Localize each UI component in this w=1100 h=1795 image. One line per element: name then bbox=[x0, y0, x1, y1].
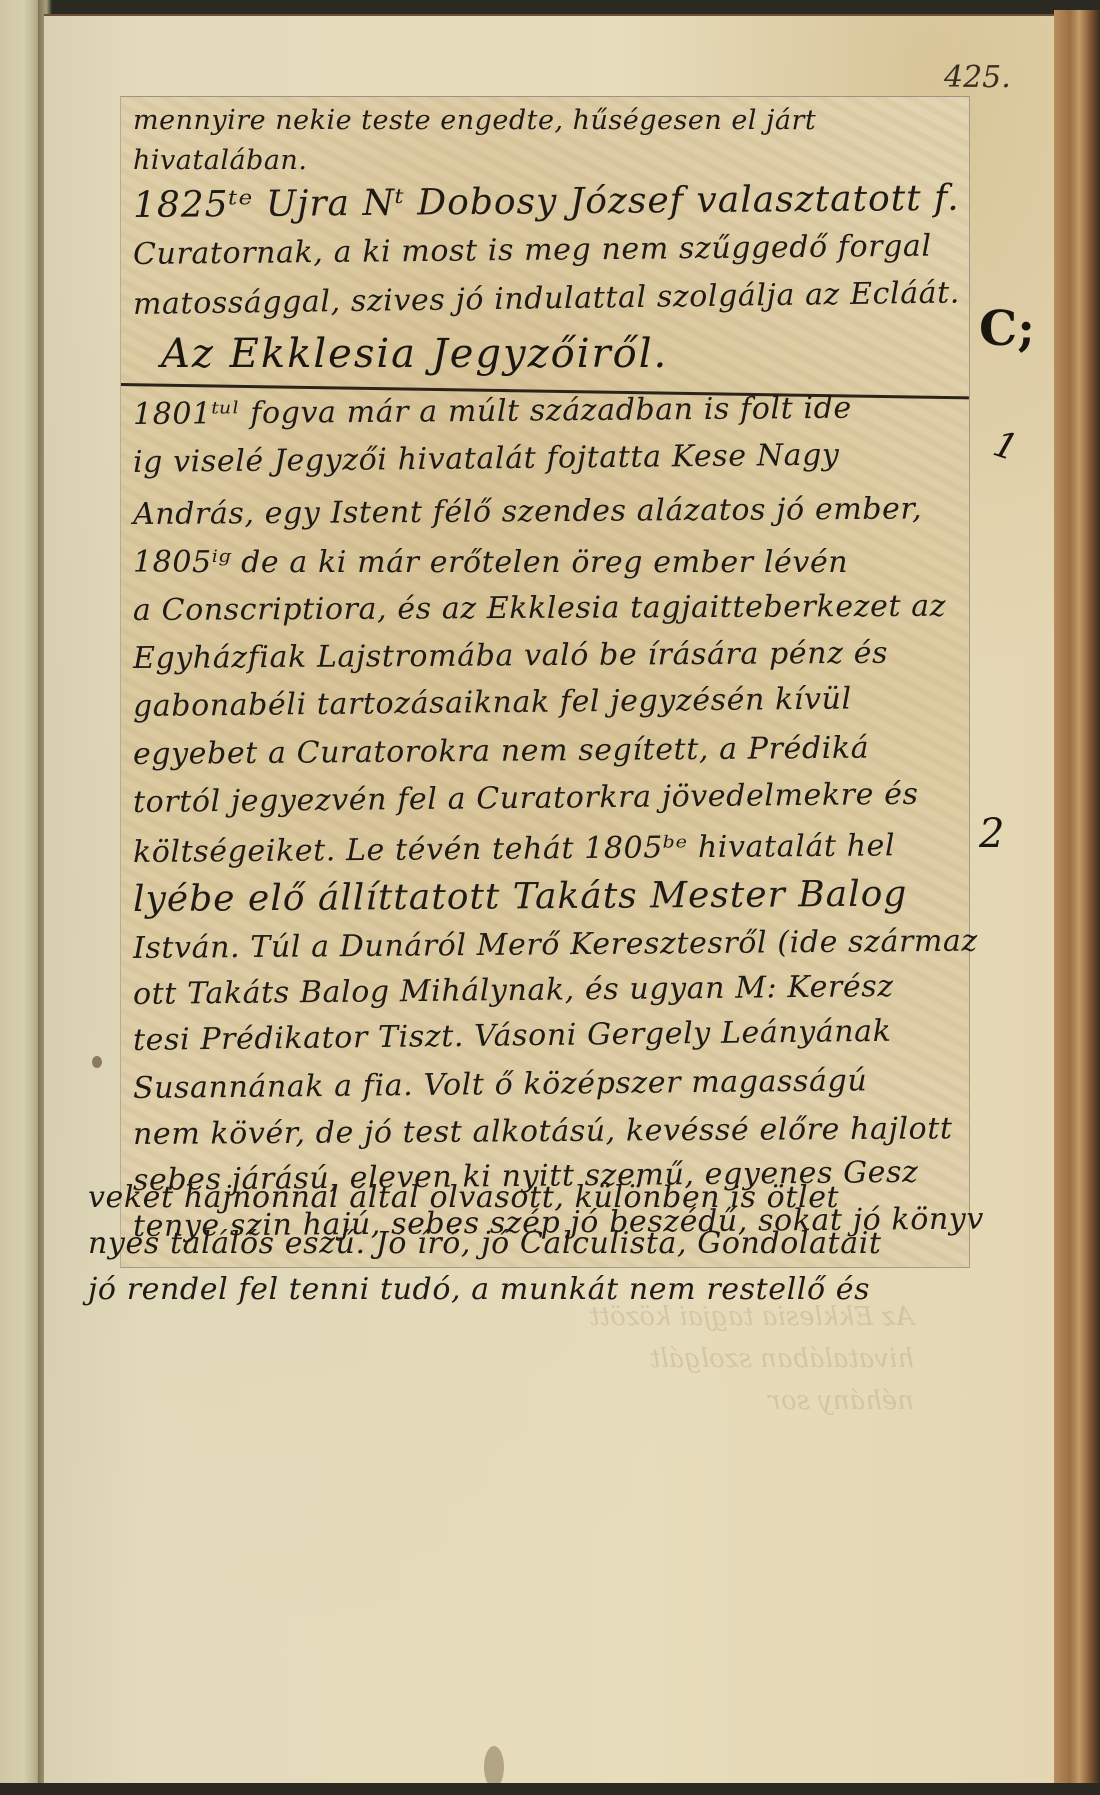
body-line: egyebet a Curatorokra nem segített, a Pr… bbox=[133, 731, 869, 772]
section-heading: Az Ekklesia Jegyzőiről. bbox=[161, 331, 668, 377]
body-line: nyes találós eszű. Jó író, jó Calculista… bbox=[88, 1226, 882, 1261]
body-line: gabonabéli tartozásaiknak fel jegyzésén … bbox=[133, 681, 852, 724]
pasted-text-slip: mennyire nekie teste engedte, hűségesen … bbox=[120, 96, 970, 1268]
book-fore-edge bbox=[1054, 10, 1100, 1790]
bleed-through-text: Az Ekklesia tagjai között hivatalában sz… bbox=[134, 1296, 914, 1422]
body-line: István. Túl a Dunáról Merő Keresztesről … bbox=[133, 924, 978, 966]
ink-blot bbox=[92, 1056, 102, 1068]
body-line: ott Takáts Balog Mihálynak, és ugyan M: … bbox=[133, 969, 894, 1012]
margin-note-1: 1 bbox=[988, 423, 1022, 469]
body-line: jó rendel fel tenni tudó, a munkát nem r… bbox=[88, 1272, 870, 1307]
page-number: 425. bbox=[944, 60, 1011, 95]
margin-section-letter: C; bbox=[979, 301, 1035, 357]
body-line: András, egy Istent félő szendes alázatos… bbox=[133, 491, 922, 532]
body-line: ig viselé Jegyzői hivatalát fojtatta Kes… bbox=[133, 438, 840, 480]
body-line: a Conscriptiora, és az Ekklesia tagjaitt… bbox=[133, 589, 946, 628]
body-line: tortól jegyezvén fel a Curatorkra jövede… bbox=[133, 777, 919, 820]
body-line: Susannának a fia. Volt ő középszer magas… bbox=[133, 1063, 868, 1106]
book-bottom-edge bbox=[0, 1783, 1100, 1795]
page-stain bbox=[484, 1746, 504, 1788]
body-line: nem kövér, de jó test alkotású, kevéssé … bbox=[133, 1111, 953, 1152]
slip-line: Curatornak, a ki most is meg nem szűgged… bbox=[133, 229, 932, 272]
body-line: 1805ⁱᵍ de a ki már erőtelen öreg ember l… bbox=[133, 545, 848, 580]
slip-line: 1825ᵗᵉ Ujra Nᵗ Dobosy József valasztatot… bbox=[133, 178, 960, 226]
slip-line: matossággal, szives jó indulattal szolgá… bbox=[133, 275, 960, 322]
margin-note-2: 2 bbox=[979, 811, 1004, 857]
slip-line: hivatalában. bbox=[133, 145, 307, 176]
body-line: veket hajnonnal által olvasott, különben… bbox=[88, 1180, 839, 1215]
body-line: lyébe elő állíttatott Takáts Mester Balo… bbox=[133, 874, 908, 920]
slip-line: mennyire nekie teste engedte, hűségesen … bbox=[133, 105, 816, 136]
manuscript-page: 425. mennyire nekie teste engedte, hűség… bbox=[44, 14, 1054, 1787]
body-line: 1801ᵗᵘˡ fogva már a múlt században is fo… bbox=[133, 391, 852, 432]
body-line: költségeiket. Le tévén tehát 1805ᵇᵉ hiva… bbox=[133, 828, 895, 870]
body-line: tesi Prédikator Tiszt. Vásoni Gergely Le… bbox=[133, 1014, 892, 1058]
body-line: Egyházfiak Lajstromába való be írására p… bbox=[133, 636, 888, 676]
left-page-edge bbox=[0, 0, 42, 1785]
